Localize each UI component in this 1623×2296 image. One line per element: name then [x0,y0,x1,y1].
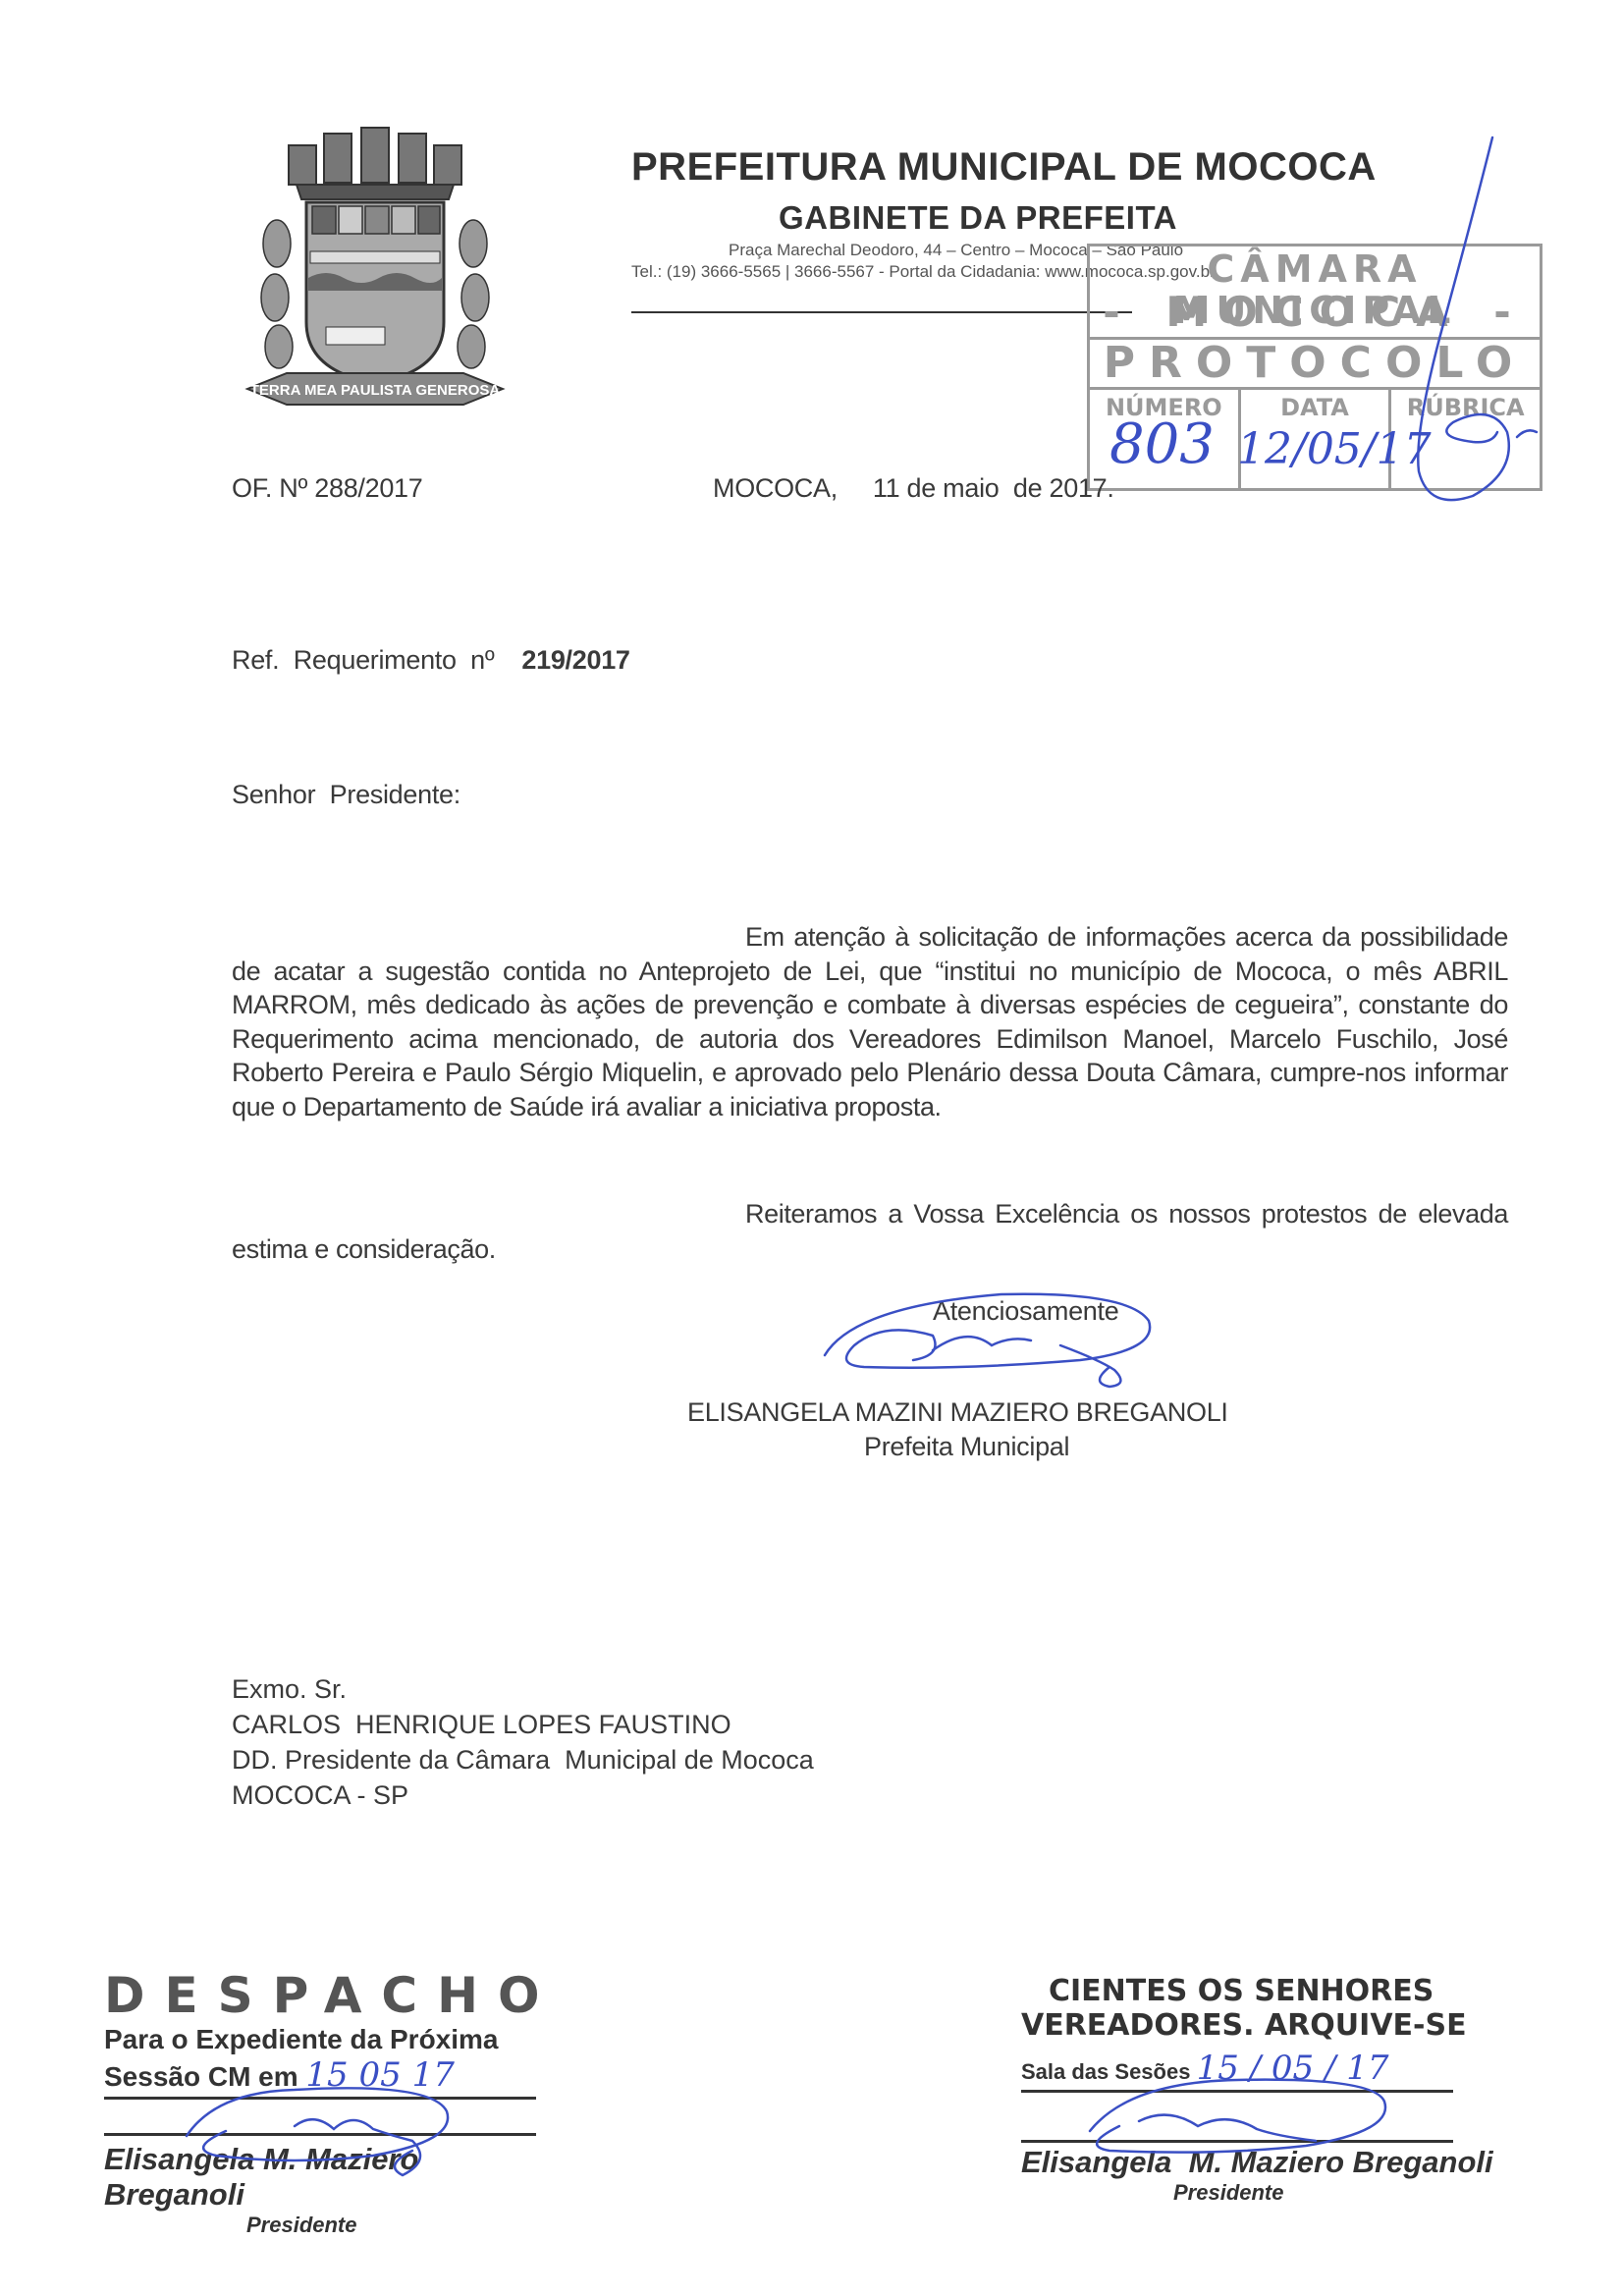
despacho-signature-line [104,2133,536,2136]
city-date: MOCOCA, 11 de maio de 2017. [713,473,1114,504]
body-paragraph-1: Em atenção à solicitação de informações … [232,920,1508,1123]
municipal-crest-logo: TERRA MEA PAULISTA GENEROSA [228,126,522,420]
despacho-stamp: DESPACHO Para o Expediente da Próxima Se… [104,1967,546,2238]
cientes-signature-line [1021,2140,1453,2143]
signer-name: ELISANGELA MAZINI MAZIERO BREGANOLI [687,1397,1228,1428]
stamp-line-camara: CÂMARA MUNICIPAL [1090,248,1540,290]
addressee-line-4: MOCOCA - SP [232,1777,814,1813]
letterhead-title: PREFEITURA MUNICIPAL DE MOCOCA [631,145,1377,190]
salutation: Senhor Presidente: [232,780,460,810]
despacho-signer-name: Elisangela M. Maziero Breganoli [104,2142,546,2213]
cientes-line-1: CIENTES OS SENHORES [1021,1974,1483,2008]
cientes-stamp: CIENTES OS SENHORES VEREADORES. ARQUIVE-… [1021,1974,1483,2206]
reference-label: Ref. Requerimento nº [232,645,494,675]
addressee-block: Exmo. Sr. CARLOS HENRIQUE LOPES FAUSTINO… [232,1671,814,1813]
letterhead-divider [631,311,1132,313]
cientes-signer-role: Presidente [1173,2180,1483,2206]
protocol-number-handwritten: 803 [1109,412,1215,476]
reference-line: Ref. Requerimento nº219/2017 [232,645,630,676]
addressee-line-2: CARLOS HENRIQUE LOPES FAUSTINO [232,1707,814,1742]
protocol-date-handwritten: 12/05/17 [1237,424,1432,474]
stamp-line-protocolo: PROTOCOLO [1090,340,1540,390]
cientes-date-handwritten: 15 / 05 / 17 [1197,2049,1389,2088]
office-number: OF. Nº 288/2017 [232,473,422,504]
body-paragraph-2: Reiteramos a Vossa Excelência os nossos … [232,1196,1508,1267]
body-paragraph-1-text: Em atenção à solicitação de informações … [232,922,1508,1121]
letterhead-subtitle: GABINETE DA PREFEITA [779,199,1177,237]
signer-title: Prefeita Municipal [864,1432,1069,1462]
despacho-title: DESPACHO [104,1967,546,2024]
despacho-signer-role: Presidente [246,2213,546,2238]
despacho-line-1: Para o Expediente da Próxima [104,2024,546,2055]
cientes-line-3: Sala das Sesões [1021,2059,1190,2084]
addressee-line-1: Exmo. Sr. [232,1671,814,1707]
cientes-signer-name: Elisangela M. Maziero Breganoli [1021,2145,1483,2180]
despacho-date-line: Sessão CM em 15 05 17 [104,2055,536,2100]
stamp-line-mococa: - MOCOCA - [1090,288,1540,340]
despacho-line-2: Sessão CM em [104,2061,298,2092]
addressee-line-3: DD. Presidente da Câmara Municipal de Mo… [232,1742,814,1777]
body-paragraph-2-text: Reiteramos a Vossa Excelência os nossos … [232,1199,1508,1264]
reference-number: 219/2017 [521,645,629,675]
despacho-date-handwritten: 15 05 17 [305,2055,454,2095]
cientes-date-line: Sala das Sesões 15 / 05 / 17 [1021,2049,1453,2093]
cientes-line-2: VEREADORES. ARQUIVE-SE [1021,2008,1483,2043]
closing: Atenciosamente [933,1296,1118,1327]
crest-motto: TERRA MEA PAULISTA GENEROSA [250,382,501,399]
